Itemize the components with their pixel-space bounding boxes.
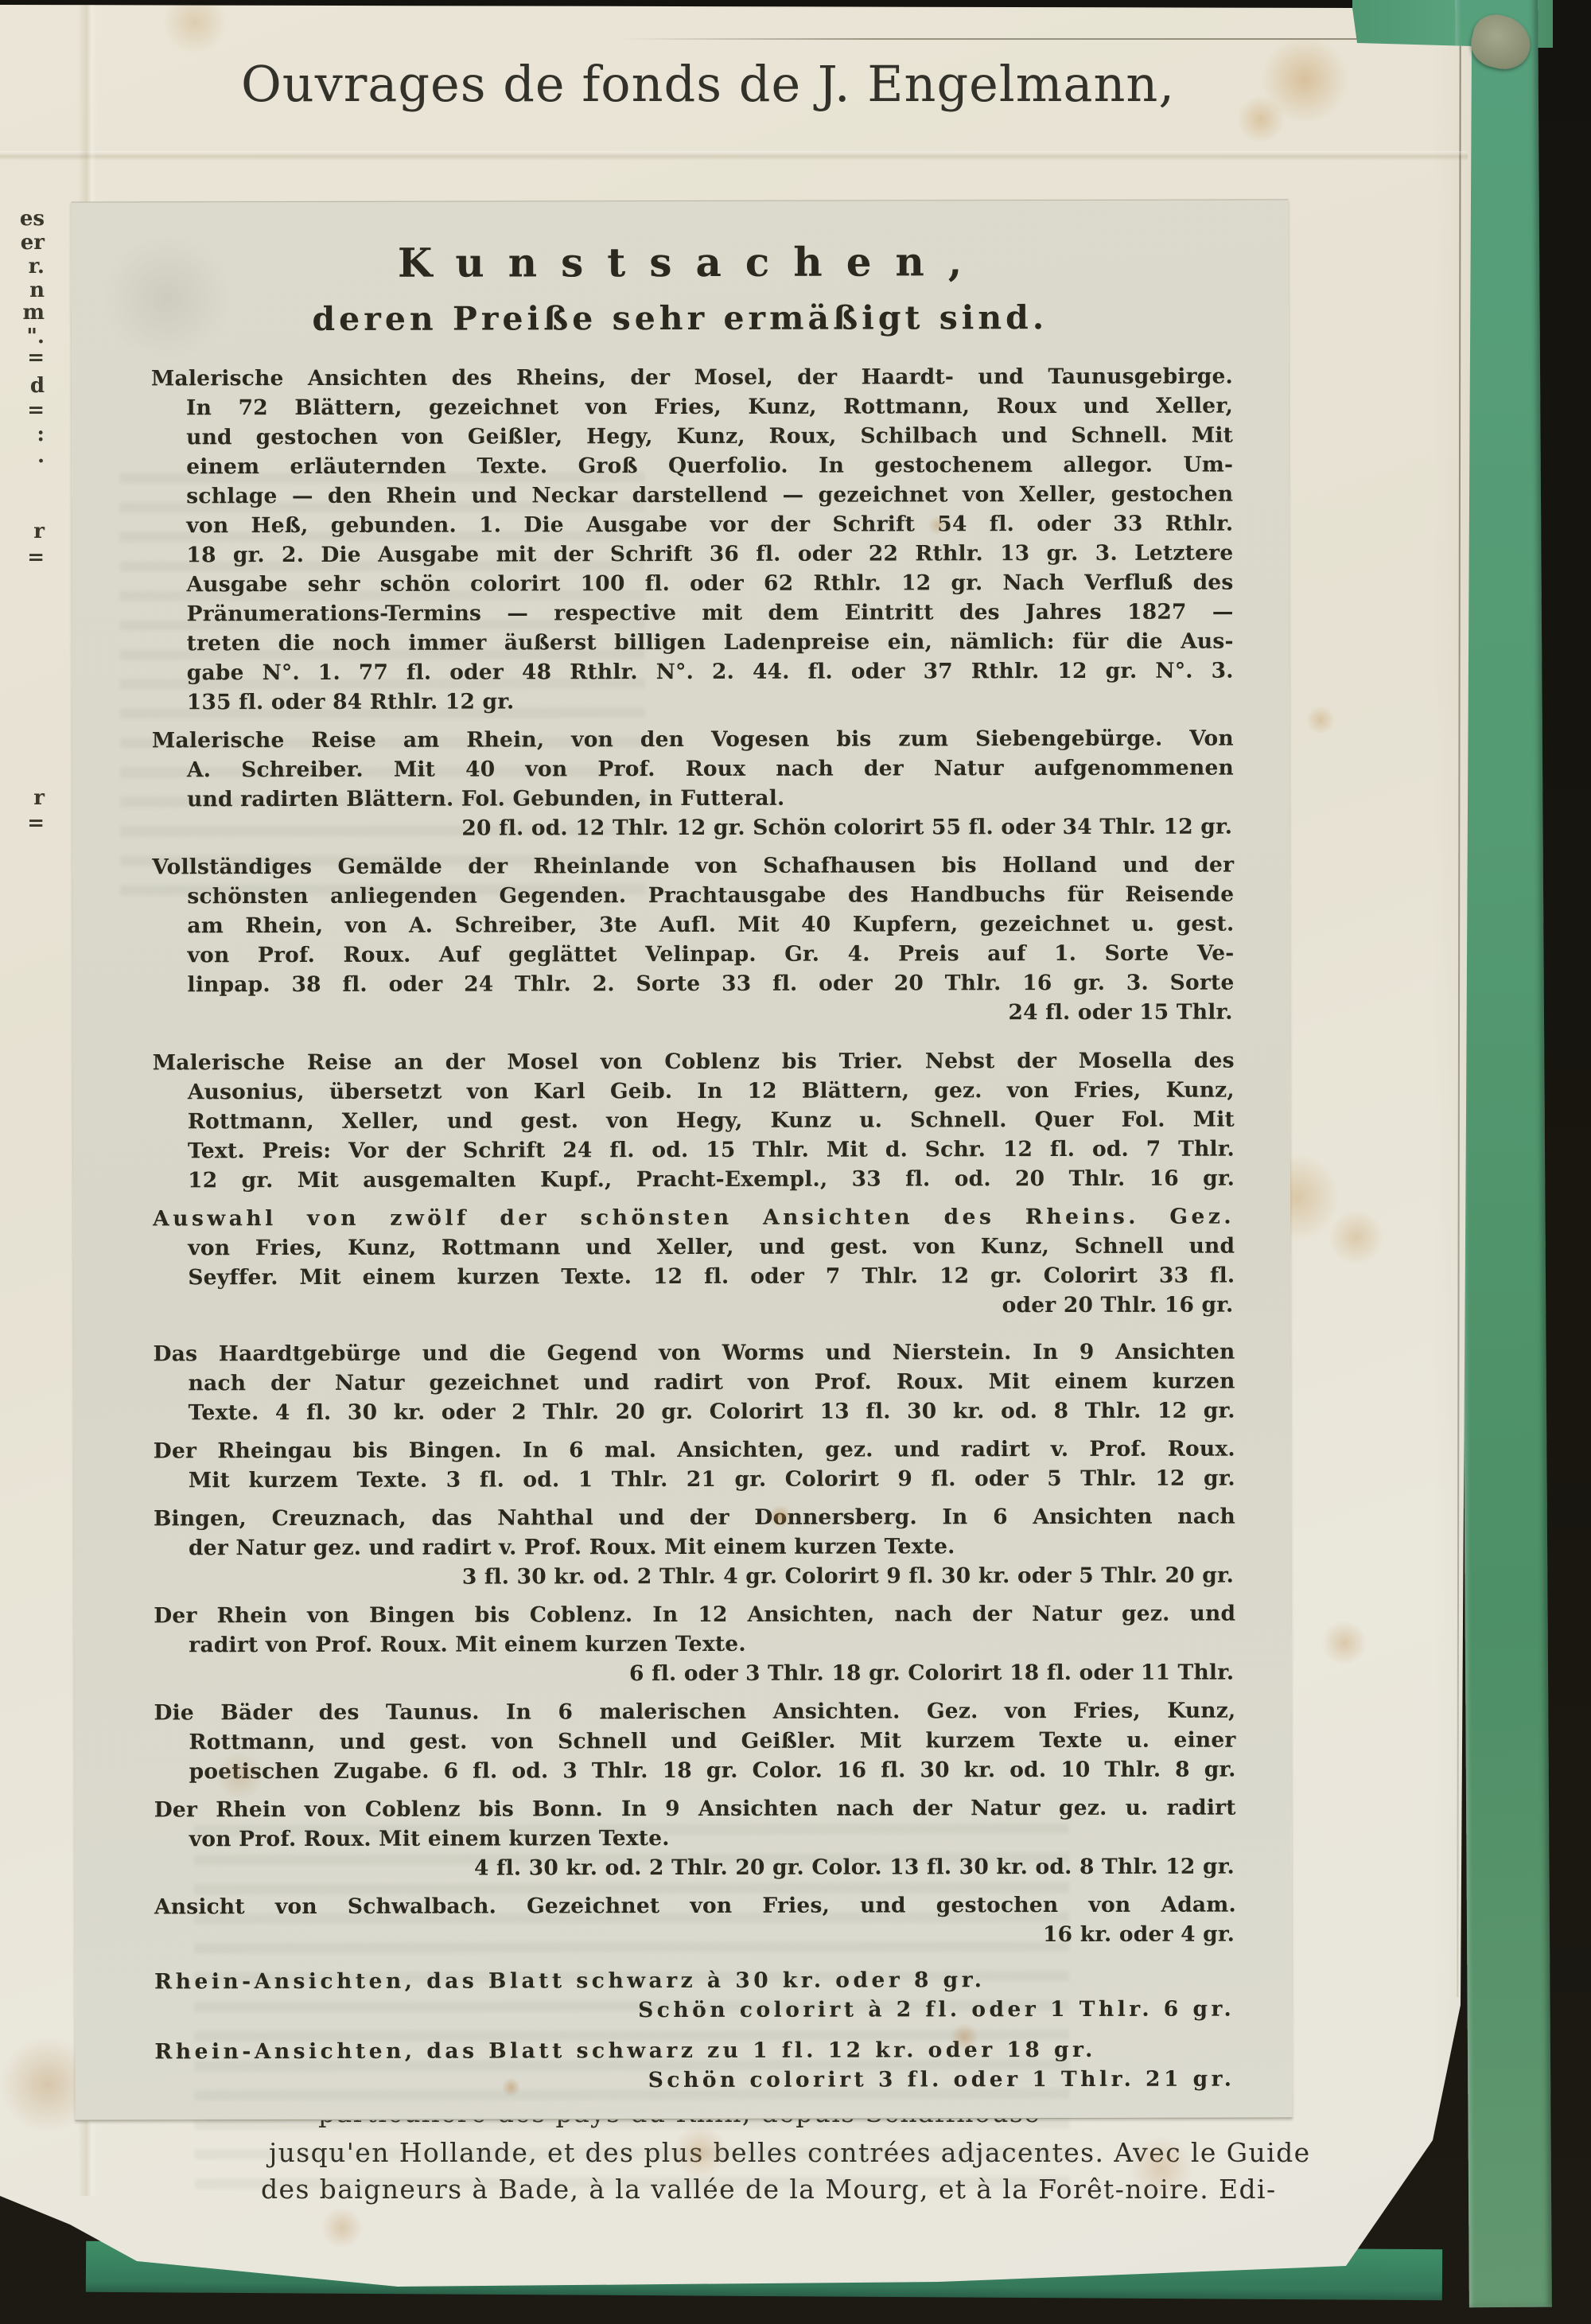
catalog-line: von Heß, gebunden. 1. Die Ausgabe vor de… bbox=[151, 509, 1233, 541]
catalog-line: linpap. 38 fl. oder 24 Thlr. 2. Sorte 33… bbox=[152, 968, 1234, 1000]
page-title: Ouvrages de fonds de J. Engelmann, bbox=[239, 53, 1177, 116]
margin-fragment: r. bbox=[0, 256, 48, 277]
catalog-line: In 72 Blättern, gezeichnet von Fries, Ku… bbox=[151, 391, 1233, 423]
catalog-entry: Vollständiges Gemälde der Rheinlande von… bbox=[152, 851, 1234, 1030]
catalog-line: 4 fl. 30 kr. od. 2 Thlr. 20 gr. Color. 1… bbox=[154, 1852, 1236, 1884]
catalog-entry: Auswahl von zwölf der schönsten Ansichte… bbox=[153, 1202, 1235, 1322]
margin-fragment: = bbox=[0, 400, 48, 421]
catalog-line: Das Haardtgebürge und die Gegend von Wor… bbox=[153, 1337, 1235, 1369]
catalog-entry: Malerische Reise am Rhein, von den Voges… bbox=[152, 724, 1234, 844]
catalog-entry: Rhein-Ansichten, das Blatt schwarz à 30 … bbox=[154, 1965, 1236, 2026]
catalog-line: Vollständiges Gemälde der Rheinlande von… bbox=[152, 851, 1234, 882]
margin-fragment: ". bbox=[0, 326, 48, 347]
catalog-line: 24 fl. oder 15 Thlr. bbox=[153, 998, 1235, 1030]
catalog-line: und radirten Blättern. Fol. Gebunden, in… bbox=[152, 783, 1234, 815]
catalog-entry: Die Bäder des Taunus. In 6 malerischen A… bbox=[154, 1696, 1235, 1787]
catalog-entry: Malerische Ansichten des Rheins, der Mos… bbox=[151, 362, 1234, 718]
catalog-line: von Prof. Roux. Mit einem kurzen Texte. bbox=[154, 1823, 1236, 1855]
margin-fragments: eserr.nm".=d=:.r=r= bbox=[0, 0, 46, 955]
catalog-line: treten die noch immer äußerst billigen L… bbox=[152, 627, 1234, 659]
margin-fragment: d bbox=[0, 376, 48, 396]
catalog-line: schlage — den Rhein und Neckar darstelle… bbox=[151, 480, 1233, 512]
margin-fragment: = bbox=[0, 813, 48, 834]
catalog-line: am Rhein, von A. Schreiber, 3te Aufl. Mi… bbox=[152, 909, 1234, 941]
catalog-entry: Bingen, Creuznach, das Nahthal und der D… bbox=[154, 1502, 1235, 1593]
catalog-line: Malerische Ansichten des Rheins, der Mos… bbox=[151, 362, 1233, 394]
french-line: des baigneurs à Bade, à la vallée de la … bbox=[261, 2174, 1277, 2205]
catalog-line: von Prof. Roux. Auf geglättet Velinpap. … bbox=[152, 939, 1234, 971]
catalog-heading: Kunstsachen, bbox=[72, 238, 1289, 286]
catalog-line: Malerische Reise am Rhein, von den Voges… bbox=[152, 724, 1234, 756]
catalog-line: Pränumerations-Termins — respective mit … bbox=[152, 598, 1234, 629]
catalog-line: Schön colorirt 3 fl. oder 1 Thlr. 21 gr. bbox=[154, 2065, 1236, 2096]
catalog-entries: Malerische Ansichten des Rheins, der Mos… bbox=[151, 362, 1237, 2105]
paper-crease-horizontal bbox=[0, 151, 1468, 161]
catalog-line: von Fries, Kunz, Rottmann und Xeller, un… bbox=[153, 1232, 1235, 1263]
french-line: jusqu'en Hollande, et des plus belles co… bbox=[269, 2137, 1311, 2169]
catalog-line: Auswahl von zwölf der schönsten Ansichte… bbox=[153, 1202, 1235, 1234]
catalog-line: Rhein-Ansichten, das Blatt schwarz zu 1 … bbox=[154, 2035, 1236, 2067]
catalog-line: Rottmann, und gest. von Schnell und Geiß… bbox=[154, 1726, 1235, 1758]
catalog-line: einem erläuternden Texte. Groß Querfolio… bbox=[151, 450, 1233, 482]
catalog-line: Text. Preis: Vor der Schrift 24 fl. od. … bbox=[153, 1135, 1235, 1166]
catalog-line: 12 gr. Mit ausgemalten Kupf., Pracht-Exe… bbox=[153, 1164, 1235, 1196]
catalog-line: und gestochen von Geißler, Hegy, Kunz, R… bbox=[151, 421, 1233, 453]
catalog-line: 3 fl. 30 kr. od. 2 Thlr. 4 gr. Colorirt … bbox=[154, 1561, 1235, 1593]
catalog-line: 16 kr. oder 4 gr. bbox=[154, 1920, 1236, 1952]
margin-fragment: r bbox=[0, 521, 48, 542]
margin-fragment: . bbox=[0, 446, 48, 466]
margin-fragment: es bbox=[0, 208, 48, 229]
catalog-line: nach der Natur gezeichnet und radirt von… bbox=[154, 1367, 1235, 1399]
catalog-line: Der Rhein von Coblenz bis Bonn. In 9 Ans… bbox=[154, 1793, 1236, 1825]
catalog-line: 135 fl. oder 84 Rthlr. 12 gr. bbox=[152, 686, 1234, 718]
catalog-line: 6 fl. oder 3 Thlr. 18 gr. Colorirt 18 fl… bbox=[154, 1658, 1235, 1690]
catalog-line: Der Rhein von Bingen bis Coblenz. In 12 … bbox=[154, 1599, 1235, 1631]
ruled-border-right bbox=[1457, 40, 1461, 1997]
catalog-line: Rhein-Ansichten, das Blatt schwarz à 30 … bbox=[154, 1965, 1236, 1997]
catalog-line: Schön colorirt à 2 fl. oder 1 Thlr. 6 gr… bbox=[154, 1995, 1236, 2026]
margin-fragment: = bbox=[0, 348, 48, 368]
book-photo: Ouvrages de fonds de J. Engelmann, eserr… bbox=[0, 0, 1591, 2324]
catalog-line: 20 fl. od. 12 Thlr. 12 gr. Schön colorir… bbox=[152, 812, 1234, 844]
catalog-line: Mit kurzem Texte. 3 fl. od. 1 Thlr. 21 g… bbox=[154, 1464, 1235, 1496]
catalog-line: der Natur gez. und radirt v. Prof. Roux.… bbox=[154, 1532, 1235, 1563]
margin-fragment: n bbox=[0, 280, 48, 301]
catalog-line: Ausonius, übersetzt von Karl Geib. In 12… bbox=[153, 1076, 1235, 1108]
catalog-line: gabe N°. 1. 77 fl. oder 48 Rthlr. N°. 2.… bbox=[152, 656, 1234, 688]
catalog-line: oder 20 Thlr. 16 gr. bbox=[153, 1290, 1235, 1322]
catalog-entry: Der Rheingau bis Bingen. In 6 mal. Ansic… bbox=[154, 1434, 1235, 1496]
catalog-line: Der Rheingau bis Bingen. In 6 mal. Ansic… bbox=[154, 1434, 1235, 1466]
catalog-line: 18 gr. 2. Die Ausgabe mit der Schrift 36… bbox=[151, 539, 1233, 570]
catalog-line: poetischen Zugabe. 6 fl. od. 3 Thlr. 18 … bbox=[154, 1755, 1236, 1787]
catalog-line: Ausgabe sehr schön colorirt 100 fl. oder… bbox=[151, 568, 1233, 600]
catalog-line: Rottmann, Xeller, und gest. von Hegy, Ku… bbox=[153, 1105, 1235, 1137]
catalog-entry: Ansicht von Schwalbach. Gezeichnet von F… bbox=[154, 1890, 1236, 1952]
catalog-line: Ansicht von Schwalbach. Gezeichnet von F… bbox=[154, 1890, 1236, 1922]
catalog-line: radirt von Prof. Roux. Mit einem kurzen … bbox=[154, 1629, 1235, 1660]
catalog-line: schönsten anliegenden Gegenden. Prachtau… bbox=[152, 880, 1234, 912]
margin-fragment: = bbox=[0, 547, 48, 568]
margin-fragment: er bbox=[0, 232, 48, 253]
catalog-line: Texte. 4 fl. 30 kr. oder 2 Thlr. 20 gr. … bbox=[154, 1396, 1235, 1428]
ruled-border-top bbox=[620, 38, 1465, 40]
pasted-catalog-slip: Kunstsachen, deren Preiße sehr ermäßigt … bbox=[71, 199, 1292, 2120]
margin-fragment: r bbox=[0, 788, 48, 808]
catalog-line: Bingen, Creuznach, das Nahthal und der D… bbox=[154, 1502, 1235, 1534]
catalog-entry: Malerische Reise an der Mosel von Coblen… bbox=[153, 1046, 1235, 1196]
catalog-line: A. Schreiber. Mit 40 von Prof. Roux nach… bbox=[152, 753, 1234, 785]
catalog-entry: Der Rhein von Coblenz bis Bonn. In 9 Ans… bbox=[154, 1793, 1236, 1884]
catalog-entry: Rhein-Ansichten, das Blatt schwarz zu 1 … bbox=[154, 2035, 1236, 2096]
catalog-line: Seyffer. Mit einem kurzen Texte. 12 fl. … bbox=[153, 1261, 1235, 1293]
catalog-line: Malerische Reise an der Mosel von Coblen… bbox=[153, 1046, 1235, 1078]
margin-fragment: : bbox=[0, 424, 48, 445]
margin-fragment: m bbox=[0, 302, 48, 323]
catalog-entry: Der Rhein von Bingen bis Coblenz. In 12 … bbox=[154, 1599, 1235, 1690]
catalog-entry: Das Haardtgebürge und die Gegend von Wor… bbox=[153, 1337, 1235, 1428]
catalog-subheading: deren Preiße sehr ermäßigt sind. bbox=[72, 297, 1289, 339]
catalog-line: Die Bäder des Taunus. In 6 malerischen A… bbox=[154, 1696, 1235, 1728]
